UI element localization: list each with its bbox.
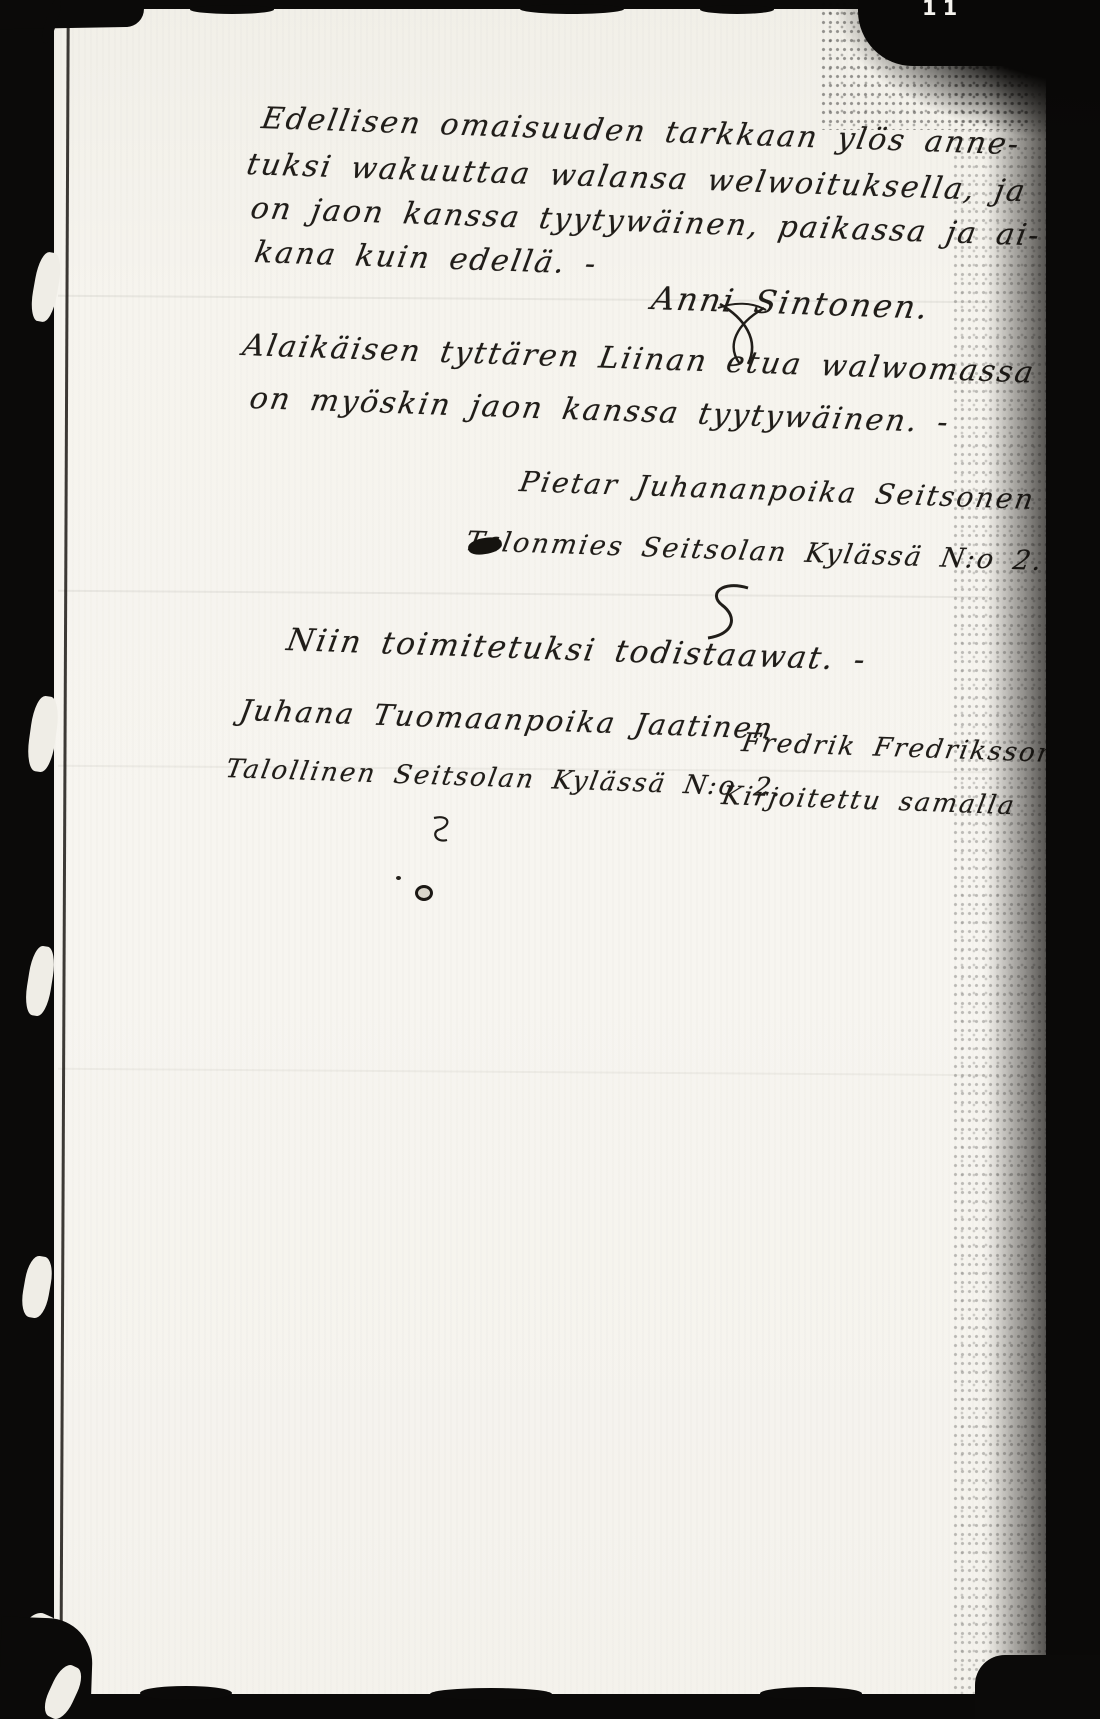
scan-edge-top: [0, 0, 144, 29]
scan-edge-top: [520, 4, 624, 14]
ink-speck: [415, 885, 433, 901]
scan-edge-bottom: [140, 1686, 232, 1700]
pen-paraph-s: [692, 580, 762, 642]
handwriting-line: Alaikäisen tyttären Liinan etua walwomas…: [240, 331, 1037, 388]
page-edge-line: [59, 26, 69, 1706]
scan-corner-bottom-right: [975, 1655, 1100, 1719]
witness-left-name: Juhana Tuomaanpoika Jaatinen: [237, 696, 776, 743]
signature-anni-sintonen: Anni Sintonen.: [649, 282, 932, 324]
scan-edge-right: [1046, 0, 1100, 1719]
witness-left-title: Talollinen Seitsolan Kylässä N:o 2.: [224, 756, 786, 801]
handwriting-line: on myöskin jaon kanssa tyytywäinen. -: [247, 384, 952, 438]
scan-edge-bottom: [760, 1687, 862, 1700]
corner-mark: 11: [922, 0, 963, 19]
pen-squiggle: [430, 812, 456, 846]
scanned-page: Edellisen omaisuuden tarkkaan ylös anne-…: [0, 0, 1100, 1719]
scan-edge-top: [190, 5, 274, 14]
handwriting-line: kana kuin edellä. -: [252, 238, 600, 280]
ink-speck: [396, 876, 401, 880]
fold-line: [58, 590, 988, 598]
scan-grain: [952, 0, 1052, 1719]
scan-edge-bottom: [430, 1688, 552, 1700]
attestation-line: Niin toimitetuksi todistaawat. -: [284, 625, 869, 676]
scan-corner-top-right: [858, 0, 1100, 66]
fold-line: [58, 1068, 988, 1076]
scan-edge-top: [700, 5, 774, 14]
